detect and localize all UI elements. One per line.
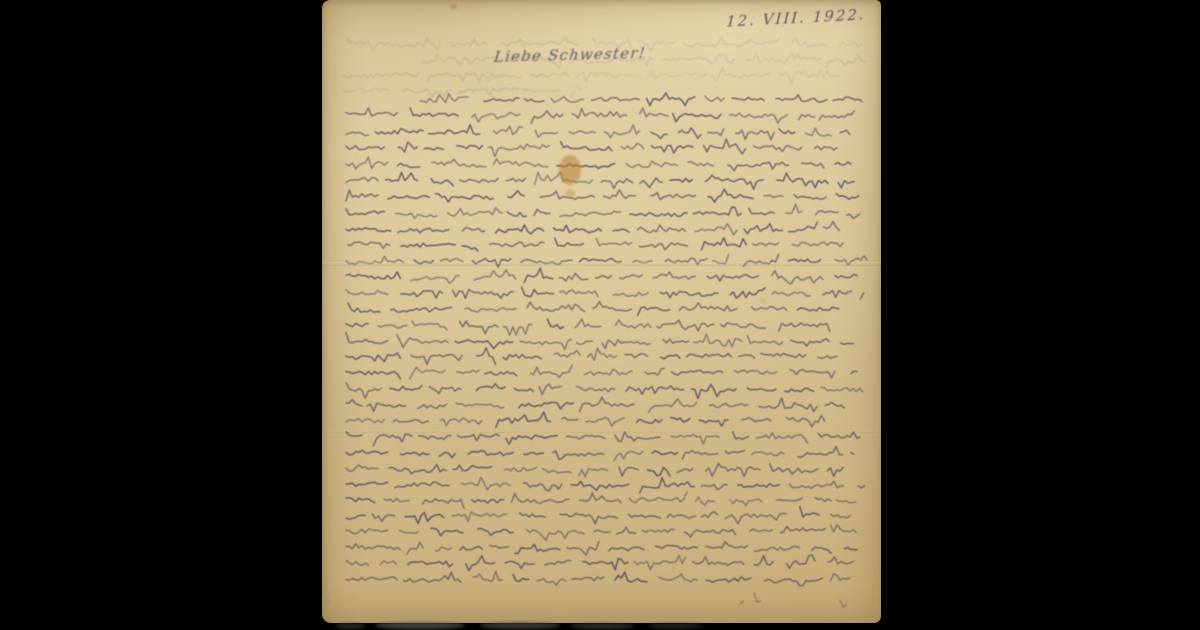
handwriting-line — [619, 467, 638, 476]
handwriting-line — [431, 179, 453, 186]
handwriting-line — [786, 415, 824, 426]
handwriting-line — [562, 418, 578, 421]
ghost-line — [577, 72, 641, 81]
handwriting-line — [399, 531, 418, 534]
handwriting-line — [507, 212, 526, 217]
handwriting-line — [591, 98, 639, 101]
handwriting-line — [489, 144, 550, 157]
handwriting-line — [403, 572, 461, 582]
handwriting-line — [630, 213, 688, 217]
handwriting-line — [823, 291, 852, 298]
handwriting-line — [457, 370, 479, 373]
paper-stain — [324, 598, 329, 602]
ghost-line — [793, 38, 828, 48]
handwriting-line — [751, 307, 786, 311]
handwriting-line — [531, 111, 563, 124]
handwriting-line — [346, 450, 388, 455]
handwriting-line — [527, 302, 585, 311]
handwriting-line — [513, 575, 529, 582]
handwriting-line — [503, 324, 532, 335]
handwriting-line — [840, 130, 850, 134]
handwriting-line — [789, 481, 843, 488]
handwriting-line — [671, 418, 690, 423]
handwriting-line — [708, 189, 753, 202]
handwriting-line — [460, 178, 498, 182]
handwriting-line — [460, 547, 482, 551]
handwriting-line — [673, 114, 721, 122]
ghost-line — [452, 39, 487, 46]
handwriting-line — [439, 452, 455, 457]
handwriting-line — [654, 272, 696, 279]
handwriting-line — [542, 469, 571, 473]
handwriting-line — [679, 303, 737, 311]
handwriting-line — [833, 97, 862, 101]
handwriting-line — [545, 561, 571, 565]
handwriting-line — [626, 161, 677, 167]
handwriting-line — [594, 530, 610, 532]
handwriting-line — [503, 354, 541, 359]
ghost-line — [342, 88, 390, 92]
handwriting-line — [831, 525, 857, 533]
handwriting-line — [753, 243, 779, 245]
ghost-line — [403, 89, 451, 97]
ghost-line — [458, 88, 519, 94]
handwriting-line — [400, 453, 429, 456]
handwriting-line — [772, 292, 810, 297]
handwriting-line — [633, 261, 652, 263]
handwriting-line — [395, 213, 437, 218]
handwriting-line — [410, 108, 458, 116]
handwriting-line — [547, 319, 563, 328]
handwriting-line — [375, 129, 423, 134]
handwriting-line — [851, 371, 857, 373]
handwriting-line — [637, 225, 685, 233]
handwriting-line — [472, 500, 504, 504]
handwriting-line — [388, 196, 430, 199]
handwriting-line — [792, 242, 843, 247]
handwriting-line — [397, 335, 448, 348]
handwriting-line — [629, 514, 661, 518]
handwriting-line — [780, 526, 825, 533]
ghost-line — [747, 52, 821, 63]
handwriting-line — [410, 367, 445, 379]
handwriting-line — [815, 146, 837, 150]
handwriting-line — [557, 164, 615, 169]
handwriting-body — [346, 93, 867, 607]
ghost-line — [649, 71, 707, 79]
handwriting-line — [764, 196, 783, 198]
handwriting-line — [522, 287, 554, 296]
handwriting-line — [657, 320, 715, 331]
bottom-edge-blob — [480, 622, 560, 629]
handwriting-line — [583, 559, 628, 570]
handwriting-line — [603, 190, 635, 199]
ghost-line — [571, 86, 581, 97]
handwriting-line — [398, 142, 417, 152]
handwriting-line — [407, 542, 423, 554]
handwriting-line — [346, 400, 362, 407]
handwriting-line — [841, 343, 854, 345]
fold-crease — [322, 262, 881, 266]
handwriting-line — [733, 431, 749, 439]
handwriting-svg — [322, 0, 881, 623]
handwriting-line — [670, 179, 692, 182]
handwriting-line — [626, 386, 684, 394]
handwriting-line — [348, 303, 380, 312]
handwriting-line — [460, 321, 498, 334]
handwriting-line — [679, 128, 701, 139]
handwriting-line — [580, 258, 622, 262]
handwriting-line — [617, 527, 636, 533]
handwriting-line — [634, 556, 685, 570]
handwriting-line — [671, 434, 719, 444]
handwriting-line — [372, 514, 394, 522]
handwriting-line — [346, 383, 381, 399]
handwriting-line — [567, 435, 605, 439]
handwriting-line — [652, 451, 678, 455]
handwriting-line — [462, 228, 484, 232]
ghost-line — [713, 68, 771, 81]
handwriting-line — [656, 545, 698, 549]
handwriting-line — [494, 159, 548, 167]
handwriting-line — [346, 482, 388, 486]
handwriting-line — [440, 418, 482, 425]
handwriting-line — [648, 468, 670, 476]
handwriting-line — [524, 483, 562, 491]
handwriting-line — [614, 452, 643, 461]
handwriting-line — [393, 420, 428, 424]
handwriting-line — [496, 225, 544, 234]
handwriting-line — [435, 547, 451, 551]
handwriting-line — [770, 464, 818, 474]
handwriting-line — [524, 453, 543, 455]
handwriting-line — [560, 290, 598, 297]
handwriting-line — [665, 258, 707, 264]
handwriting-line — [458, 434, 500, 441]
bottom-edge-blob — [335, 623, 365, 629]
handwriting-line — [812, 547, 831, 553]
handwriting-line — [435, 194, 493, 202]
handwriting-line — [559, 273, 588, 281]
handwriting-line — [845, 548, 858, 550]
handwriting-line — [473, 571, 502, 581]
handwriting-line — [569, 131, 595, 133]
handwriting-line — [496, 412, 550, 427]
handwriting-line — [490, 546, 509, 549]
handwriting-line — [660, 292, 718, 298]
handwriting-line — [575, 319, 601, 328]
handwriting-line — [534, 209, 550, 215]
handwriting-line — [638, 307, 670, 315]
handwriting-line — [384, 499, 410, 502]
handwriting-line — [457, 145, 483, 149]
handwriting-line — [346, 577, 397, 580]
handwriting-line — [520, 340, 571, 350]
handwriting-line — [831, 574, 850, 581]
paper-stain — [450, 4, 457, 9]
handwriting-line — [512, 494, 570, 504]
handwriting-line — [799, 114, 815, 119]
handwriting-line — [474, 270, 516, 280]
handwriting-line — [752, 452, 784, 456]
handwriting-line — [346, 178, 378, 183]
handwriting-line — [472, 113, 520, 123]
handwriting-line — [580, 493, 622, 503]
handwriting-line — [520, 513, 546, 517]
handwriting-line — [831, 514, 850, 518]
handwriting-line — [527, 530, 585, 541]
handwriting-line — [759, 398, 817, 412]
handwriting-line — [346, 419, 384, 423]
handwriting-line — [647, 93, 695, 106]
handwriting-line — [506, 178, 525, 181]
handwriting-line — [684, 529, 735, 537]
handwriting-line — [595, 276, 611, 279]
handwriting-line — [663, 339, 689, 343]
handwriting-line — [346, 561, 368, 566]
handwriting-line — [818, 432, 860, 438]
handwriting-line — [735, 370, 777, 374]
handwriting-line — [661, 355, 680, 359]
handwriting-line — [704, 139, 746, 154]
handwriting-line — [682, 451, 717, 459]
handwriting-line — [713, 254, 729, 264]
handwriting-line — [346, 157, 388, 169]
handwriting-line — [636, 419, 662, 423]
handwriting-line — [725, 514, 786, 524]
handwriting-line — [602, 340, 650, 349]
handwriting-line — [367, 403, 405, 411]
handwriting-line — [554, 225, 602, 232]
handwriting-line — [625, 354, 647, 358]
handwriting-line — [739, 355, 755, 358]
handwriting-line — [346, 323, 368, 326]
handwriting-line — [346, 290, 388, 295]
handwriting-line — [744, 224, 782, 234]
handwriting-line — [835, 256, 867, 265]
handwriting-line — [645, 368, 664, 375]
handwriting-line — [453, 465, 491, 471]
handwriting-line — [651, 193, 696, 200]
handwriting-line — [593, 302, 631, 311]
handwriting-line — [390, 386, 422, 391]
handwriting-line — [816, 211, 838, 215]
handwriting-line — [687, 354, 732, 358]
handwriting-line — [572, 109, 626, 119]
photo-background: 12. VIII. 1922. Liebe Schwester! — [0, 0, 1200, 630]
handwriting-line — [584, 369, 632, 375]
handwriting-line — [672, 370, 723, 375]
handwriting-line — [448, 208, 502, 217]
handwriting-line — [797, 307, 839, 311]
handwriting-line — [456, 403, 504, 408]
paper-stain — [565, 189, 575, 198]
handwriting-line — [701, 238, 746, 250]
handwriting-line — [397, 163, 419, 167]
handwriting-line — [422, 499, 464, 509]
handwriting-line — [601, 179, 633, 189]
handwriting-line — [836, 194, 858, 199]
handwriting-line — [346, 465, 378, 472]
handwriting-line — [462, 477, 510, 490]
handwriting-line — [708, 129, 724, 136]
handwriting-line — [504, 468, 536, 472]
pen-mark — [740, 601, 743, 604]
letter-salutation: Liebe Schwester! — [493, 44, 647, 66]
handwriting-line — [750, 529, 772, 531]
handwriting-line — [580, 397, 634, 412]
ghost-line — [347, 38, 440, 51]
handwriting-line — [521, 260, 572, 265]
handwriting-line — [401, 243, 455, 247]
handwriting-line — [616, 320, 651, 328]
handwriting-line — [346, 498, 375, 503]
handwriting-line — [749, 208, 775, 214]
handwriting-line — [525, 99, 544, 102]
handwriting-line — [348, 242, 390, 248]
handwriting-line — [462, 246, 478, 251]
handwriting-line — [596, 239, 631, 246]
letter-date: 12. VIII. 1922. — [726, 5, 866, 30]
handwriting-line — [405, 513, 443, 524]
handwriting-line — [699, 420, 728, 426]
handwriting-line — [455, 340, 513, 349]
handwriting-line — [485, 372, 517, 376]
paper-stain — [559, 155, 581, 185]
handwriting-line — [506, 435, 557, 444]
bottom-edge-blob — [375, 622, 465, 629]
handwriting-line — [702, 512, 718, 518]
handwriting-line — [772, 271, 823, 284]
handwriting-line — [858, 486, 864, 488]
handwriting-line — [401, 291, 443, 298]
fold-crease — [322, 430, 881, 433]
ghost-line — [779, 70, 840, 84]
handwriting-line — [484, 98, 519, 102]
ghost-line — [664, 55, 734, 64]
handwriting-line — [494, 126, 523, 134]
handwriting-line — [380, 561, 396, 565]
handwriting-line — [588, 348, 617, 360]
handwriting-line — [707, 274, 758, 281]
ghost-line — [826, 56, 864, 68]
handwriting-line — [728, 162, 789, 170]
handwriting-line — [490, 242, 544, 247]
handwriting-line — [418, 405, 447, 409]
handwriting-line — [477, 348, 496, 365]
handwriting-line — [786, 204, 802, 213]
handwriting-line — [514, 388, 533, 391]
handwriting-line — [827, 467, 843, 476]
handwriting-line — [788, 259, 820, 262]
ghost-line — [428, 73, 521, 83]
handwriting-line — [667, 514, 696, 518]
handwriting-line — [408, 561, 453, 567]
handwriting-line — [764, 578, 822, 585]
handwriting-line — [621, 143, 643, 149]
handwriting-line — [649, 399, 697, 412]
handwriting-line — [754, 556, 773, 566]
handwriting-line — [571, 481, 629, 490]
handwriting-line — [730, 499, 762, 505]
handwriting-line — [742, 418, 771, 422]
handwriting-line — [429, 125, 480, 135]
handwriting-line — [838, 181, 854, 188]
handwriting-line — [411, 276, 459, 284]
ghost-line — [422, 54, 499, 65]
handwriting-line — [586, 417, 624, 426]
handwriting-line — [629, 492, 687, 503]
handwriting-line — [346, 108, 397, 116]
handwriting-line — [579, 469, 608, 477]
handwriting-line — [701, 484, 727, 489]
handwriting-line — [754, 146, 802, 152]
handwriting-line — [756, 433, 807, 443]
handwriting-line — [836, 500, 855, 502]
handwriting-line — [515, 544, 560, 553]
handwriting-line — [706, 577, 751, 583]
handwriting-line — [640, 478, 694, 493]
handwriting-line — [429, 387, 461, 394]
handwriting-line — [659, 574, 697, 582]
handwriting-line — [736, 130, 774, 140]
handwriting-line — [389, 464, 447, 473]
handwriting-line — [505, 561, 534, 568]
handwriting-line — [531, 365, 573, 378]
handwriting-line — [576, 386, 614, 391]
handwriting-line — [706, 175, 764, 189]
handwriting-line — [554, 351, 580, 358]
handwriting-line — [693, 207, 741, 216]
handwriting-line — [346, 371, 400, 379]
handwriting-line — [730, 288, 765, 298]
bottom-edge-blob — [570, 623, 635, 629]
handwriting-line — [791, 339, 829, 346]
handwriting-line — [519, 402, 573, 409]
handwriting-line — [761, 353, 806, 357]
handwriting-line — [835, 274, 857, 277]
handwriting-line — [800, 507, 819, 517]
handwriting-line — [790, 370, 835, 378]
handwriting-line — [373, 434, 411, 446]
handwriting-line — [424, 148, 443, 150]
handwriting-line — [411, 355, 462, 365]
handwriting-line — [453, 290, 514, 299]
handwriting-line — [555, 238, 584, 246]
handwriting-line — [346, 209, 384, 215]
handwriting-line — [378, 325, 407, 328]
handwriting-line — [346, 146, 384, 150]
handwriting-line — [535, 131, 557, 138]
handwriting-line — [802, 163, 824, 168]
handwriting-line — [776, 95, 827, 102]
handwriting-line — [440, 259, 462, 262]
handwriting-line — [798, 447, 843, 458]
handwriting-line — [747, 336, 782, 345]
handwriting-line — [395, 482, 449, 487]
handwriting-line — [346, 515, 365, 519]
handwriting-line — [695, 224, 737, 235]
handwriting-line — [706, 542, 748, 549]
handwriting-line — [819, 111, 854, 120]
handwriting-line — [818, 356, 837, 358]
ghost-line — [530, 73, 568, 78]
handwriting-line — [640, 108, 669, 117]
handwriting-line — [677, 469, 693, 473]
handwriting-line — [478, 528, 513, 535]
handwriting-line — [420, 94, 468, 103]
handwriting-line — [847, 214, 860, 219]
